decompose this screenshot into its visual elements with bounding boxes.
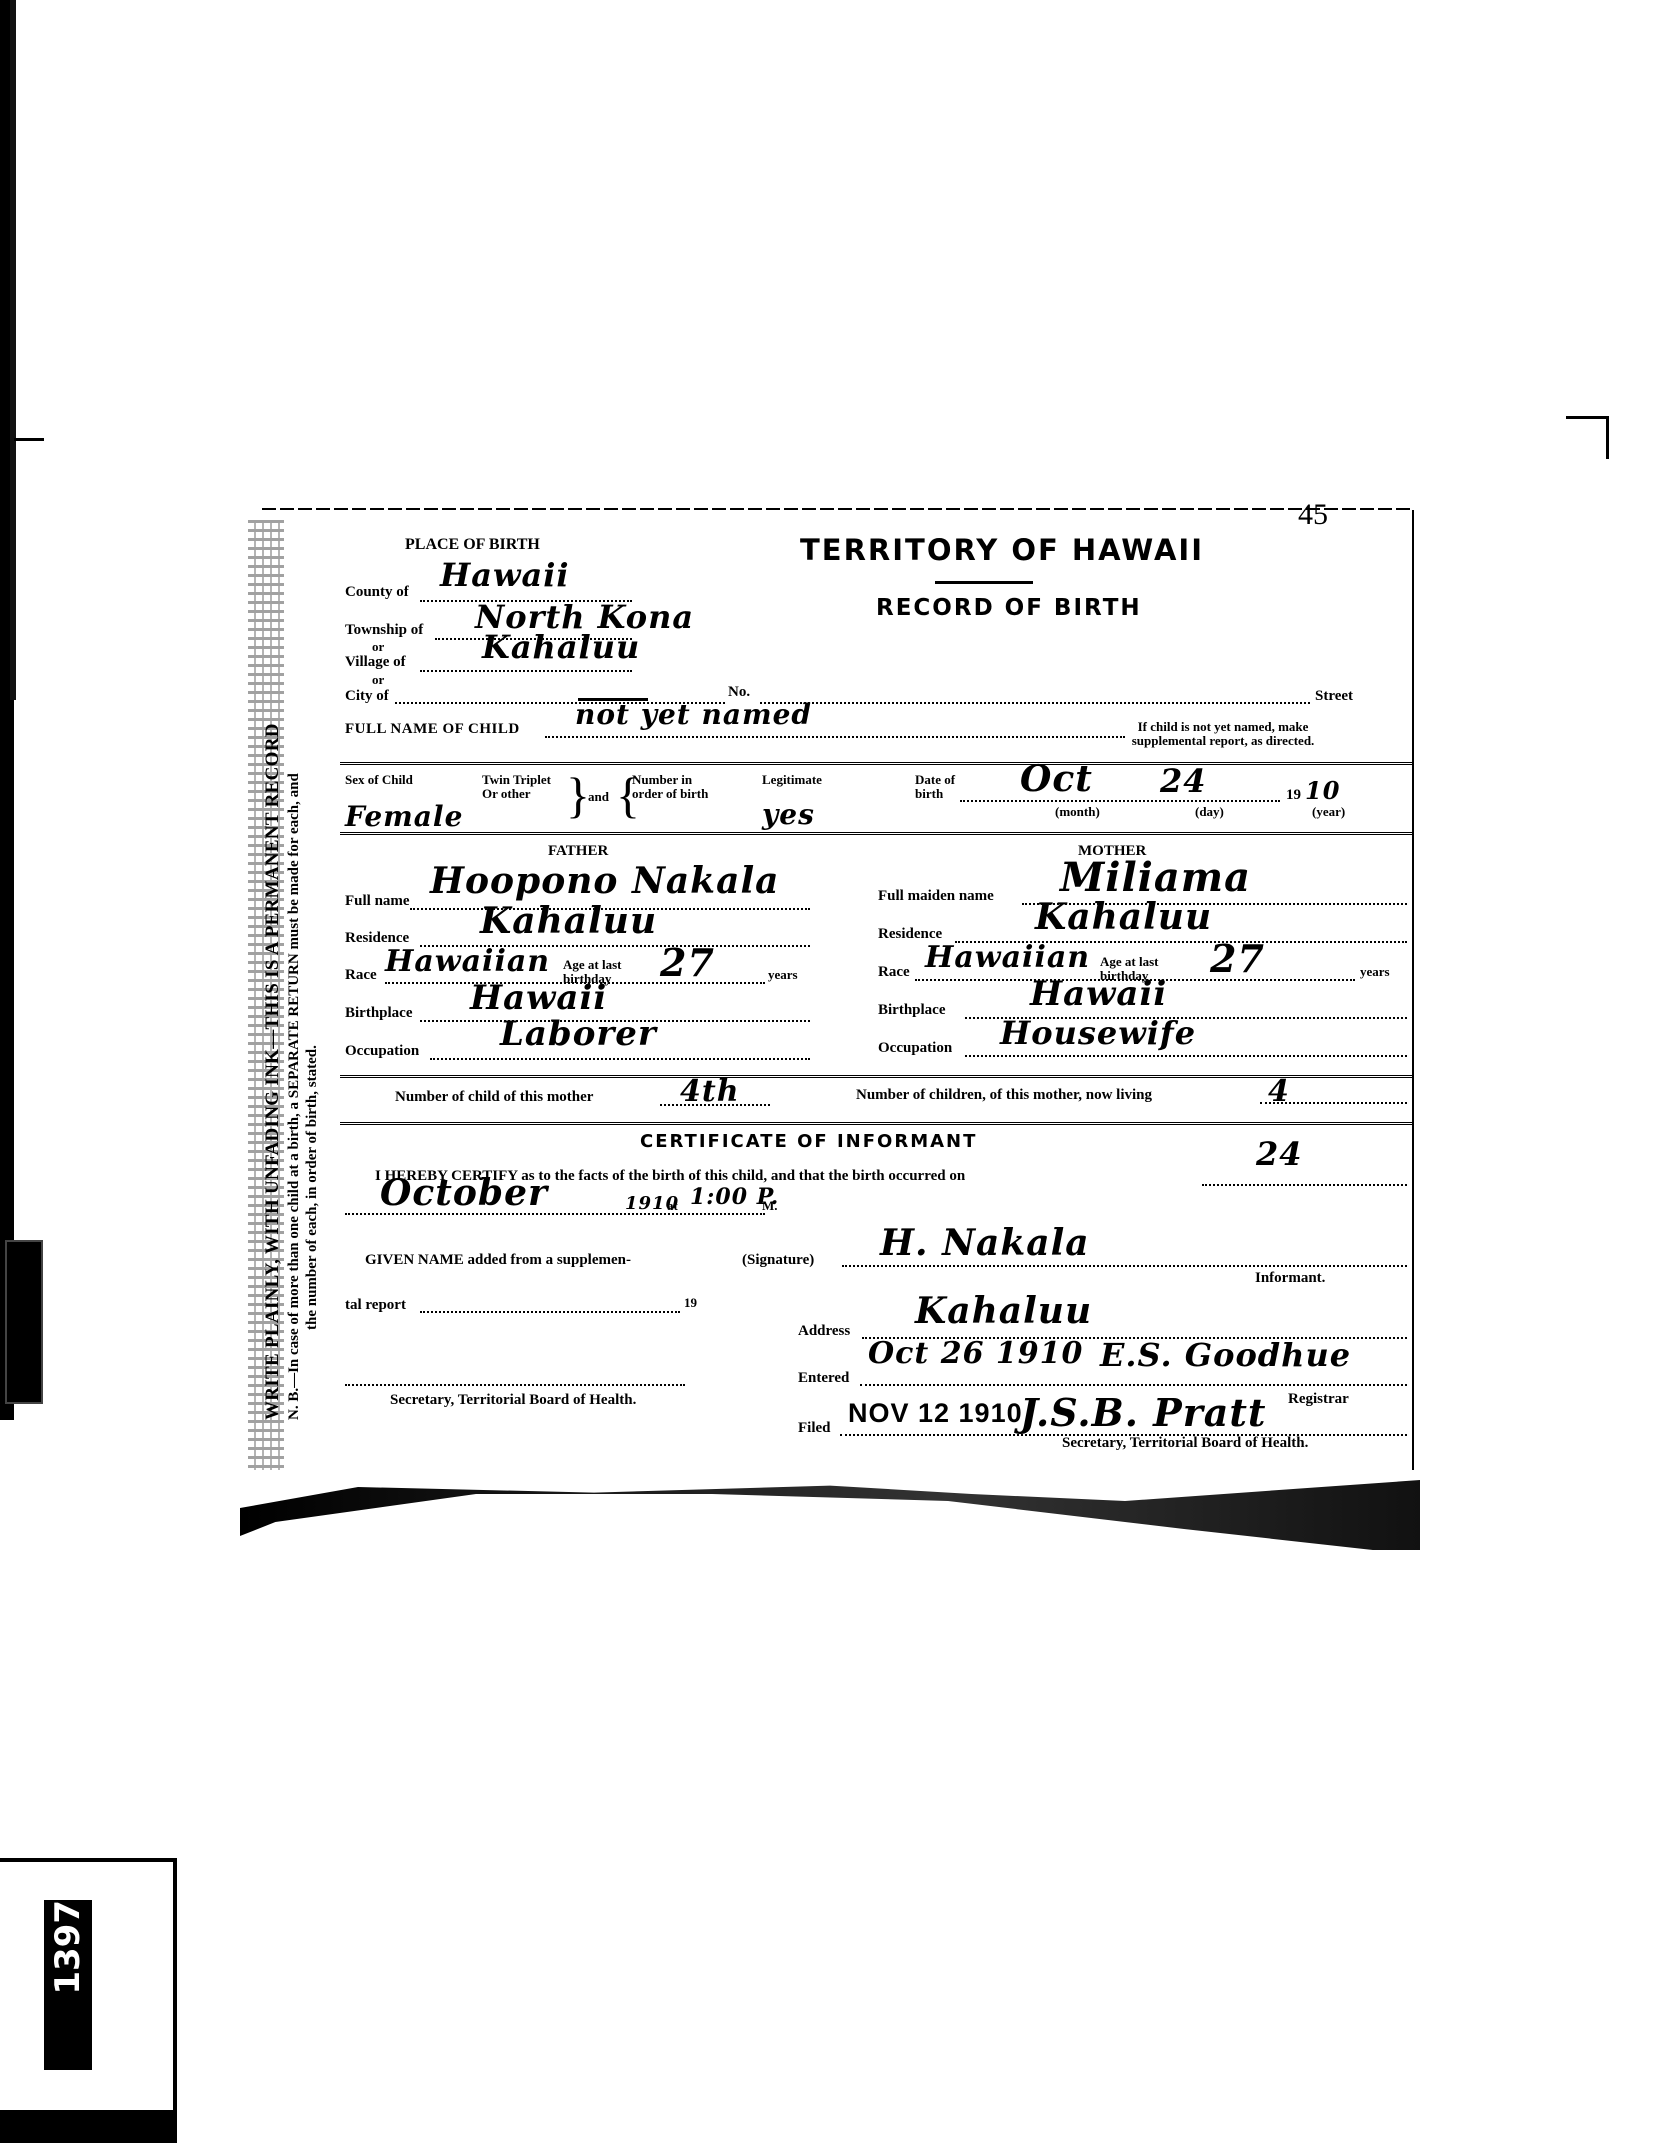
and-label: and — [588, 790, 609, 804]
village-line — [420, 670, 632, 672]
mother-occupation-line — [965, 1055, 1407, 1057]
father-age-value: 27 — [660, 940, 715, 985]
margin-instruction-main: WRITE PLAINLY, WITH UNFADING INK—THIS IS… — [262, 723, 284, 1420]
filed-date-stamp: NOV 12 1910 — [848, 1398, 1023, 1429]
informant-signature: H. Nakala — [880, 1222, 1090, 1264]
not-named-note: If child is not yet named, make suppleme… — [1128, 720, 1318, 748]
registrar-label: Registrar — [1288, 1391, 1349, 1408]
form-title: TERRITORY OF HAWAII — [800, 533, 1204, 567]
crop-mark-corner — [1566, 416, 1609, 459]
father-race-value: Hawaiian — [385, 944, 550, 979]
county-label: County of — [345, 584, 409, 601]
child-name-value: not yet named — [575, 698, 812, 731]
tal-report-year: 19 — [684, 1295, 697, 1311]
secretary-label-right: Secretary, Territorial Board of Health. — [1062, 1435, 1308, 1452]
twin-triplet-label: Twin Triplet Or other — [482, 773, 562, 801]
address-value: Kahaluu — [915, 1290, 1092, 1332]
secretary-label-left: Secretary, Territorial Board of Health. — [390, 1392, 636, 1409]
living-children-value: 4 — [1268, 1074, 1290, 1109]
child-name-underline — [578, 698, 648, 701]
father-occupation-value: Laborer — [500, 1014, 657, 1054]
index-card-number-text: 1397 — [47, 1900, 89, 1995]
informant-label: Informant. — [1255, 1270, 1325, 1287]
dob-line — [960, 800, 1280, 802]
section-divider-3 — [340, 1075, 1412, 1078]
child-number-value: 4th — [680, 1074, 740, 1109]
at-label: at — [667, 1198, 678, 1214]
scan-edge-shadow-inner — [10, 0, 16, 700]
mother-years-label: years — [1360, 964, 1390, 980]
entered-date-value: Oct 26 1910 — [868, 1336, 1083, 1371]
legitimate-label: Legitimate — [762, 773, 822, 787]
mother-occupation-label: Occupation — [878, 1040, 952, 1057]
card-bottom-shadow — [240, 1480, 1420, 1550]
township-label: Township of — [345, 622, 423, 639]
certify-day-line — [1202, 1184, 1407, 1186]
child-name-label: FULL NAME OF CHILD — [345, 721, 520, 738]
city-label: City of — [345, 688, 389, 705]
father-birthplace-value: Hawaii — [470, 978, 607, 1018]
dob-year-value: 10 — [1305, 776, 1340, 805]
date-of-birth-label: Date of birth — [915, 773, 985, 801]
father-occupation-label: Occupation — [345, 1043, 419, 1060]
index-card-bottom-bar — [0, 2110, 176, 2143]
secretary-signature: J.S.B. Pratt — [1020, 1390, 1266, 1435]
county-value: Hawaii — [440, 556, 570, 594]
tal-report-label: tal report — [345, 1297, 406, 1314]
sex-value: Female — [345, 800, 463, 833]
margin-instruction-note-2: the number of each, in order of birth, s… — [304, 1045, 321, 1330]
binding-tab — [5, 1240, 43, 1404]
certificate-heading: CERTIFICATE OF INFORMANT — [640, 1131, 977, 1152]
mother-occupation-value: Housewife — [1000, 1014, 1196, 1052]
title-rule — [935, 581, 1033, 584]
crop-mark-left — [14, 438, 44, 441]
filed-label: Filed — [798, 1420, 831, 1437]
child-name-line — [545, 736, 1125, 738]
section-divider-4 — [340, 1122, 1412, 1125]
father-heading: FATHER — [548, 843, 608, 860]
mother-race-value: Hawaiian — [925, 940, 1090, 975]
mother-residence-value: Kahaluu — [1035, 896, 1212, 938]
father-birthplace-label: Birthplace — [345, 1005, 413, 1022]
mother-birthplace-value: Hawaii — [1030, 974, 1167, 1014]
father-years-label: years — [768, 967, 798, 983]
mother-name-value: Miliama — [1060, 854, 1251, 901]
mother-name-label: Full maiden name — [878, 888, 994, 905]
or-label-2: or — [372, 672, 384, 688]
margin-instruction-note: N. B.—In case of more than one child at … — [286, 773, 303, 1420]
sex-label: Sex of Child — [345, 773, 415, 787]
tal-report-line — [420, 1311, 680, 1313]
street-label: Street — [1315, 688, 1353, 705]
meridiem-label: M. — [762, 1198, 778, 1214]
dob-month-value: Oct — [1020, 758, 1093, 800]
father-residence-value: Kahaluu — [480, 900, 657, 942]
legitimate-value: yes — [762, 798, 815, 831]
year-caption: (year) — [1312, 805, 1345, 819]
child-number-label: Number of child of this mother — [395, 1089, 593, 1106]
mother-age-value: 27 — [1210, 936, 1265, 981]
father-occupation-line — [430, 1058, 810, 1060]
place-of-birth-heading: PLACE OF BIRTH — [405, 536, 540, 554]
village-value: Kahaluu — [482, 628, 640, 666]
index-card-number: 1397 — [44, 1900, 92, 2070]
certify-month-value: October — [380, 1172, 548, 1214]
page-number: 45 — [1298, 498, 1328, 532]
father-name-label: Full name — [345, 893, 410, 910]
entered-label: Entered — [798, 1370, 849, 1387]
section-divider-2 — [340, 832, 1412, 835]
living-children-label: Number of children, of this mother, now … — [856, 1087, 1152, 1104]
birth-order-label: Number in order of birth — [632, 773, 712, 801]
father-name-value: Hoopono Nakala — [430, 860, 779, 902]
section-divider-1 — [340, 762, 1412, 765]
father-race-label: Race — [345, 967, 377, 984]
signature-label: (Signature) — [742, 1252, 814, 1269]
dob-year-prefix: 19 — [1286, 787, 1301, 804]
registrar-signature: E.S. Goodhue — [1100, 1336, 1351, 1374]
entered-line — [860, 1384, 1407, 1386]
address-label: Address — [798, 1323, 850, 1340]
mother-race-label: Race — [878, 964, 910, 981]
certify-day-value: 24 — [1256, 1135, 1303, 1173]
given-name-label: GIVEN NAME added from a supplemen- — [365, 1252, 631, 1269]
village-label: Village of — [345, 654, 406, 671]
mother-birthplace-label: Birthplace — [878, 1002, 946, 1019]
brace-right-icon: } — [566, 770, 590, 820]
form-subtitle: RECORD OF BIRTH — [876, 595, 1142, 621]
dob-day-value: 24 — [1160, 762, 1207, 800]
street-line — [760, 702, 1310, 704]
secretary-signature-line-left — [345, 1384, 685, 1386]
day-caption: (day) — [1195, 805, 1224, 819]
month-caption: (month) — [1055, 805, 1100, 819]
or-label-1: or — [372, 639, 384, 655]
signature-line — [842, 1265, 1407, 1267]
